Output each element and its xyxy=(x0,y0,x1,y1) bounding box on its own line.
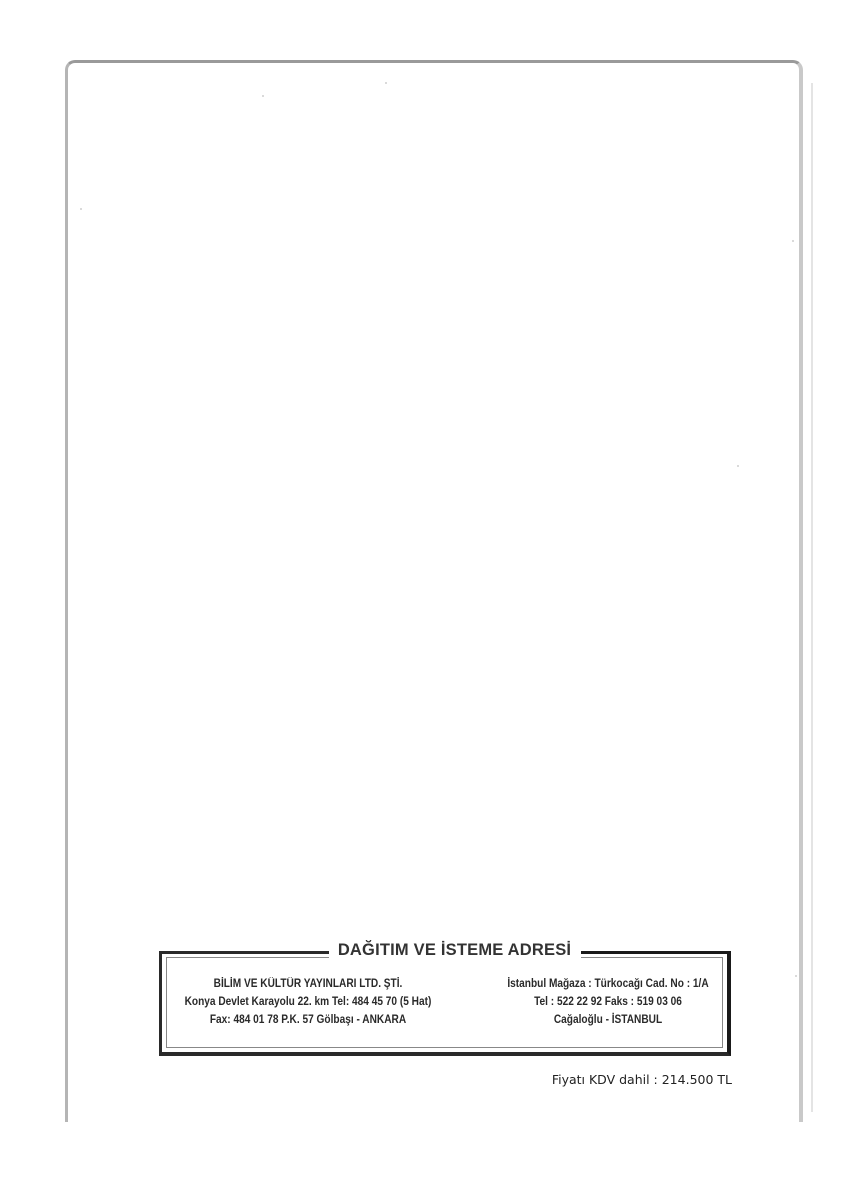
ankara-company: BİLİM VE KÜLTÜR YAYINLARI LTD. ŞTİ. xyxy=(167,975,449,993)
ankara-fax-location: Fax: 484 01 78 P.K. 57 Gölbaşı - ANKARA xyxy=(167,1011,449,1029)
scan-speck xyxy=(792,240,794,242)
title-rule-left xyxy=(159,951,329,954)
scan-speck xyxy=(385,82,387,84)
istanbul-store: İstanbul Mağaza : Türkocağı Cad. No : 1/… xyxy=(476,975,740,993)
title-rule-right xyxy=(581,951,731,954)
scan-speck xyxy=(737,465,739,467)
ankara-address-phone: Konya Devlet Karayolu 22. km Tel: 484 45… xyxy=(167,993,449,1011)
distribution-address-box: DAĞITIM VE İSTEME ADRESİ BİLİM VE KÜLTÜR… xyxy=(159,951,731,1056)
istanbul-location: Cağaloğlu - İSTANBUL xyxy=(476,1011,740,1029)
scan-speck xyxy=(795,975,797,977)
scan-speck xyxy=(80,208,82,210)
istanbul-address: İstanbul Mağaza : Türkocağı Cad. No : 1/… xyxy=(476,975,740,1029)
price-label: Fiyatı KDV dahil : 214.500 TL xyxy=(540,1072,732,1087)
ankara-address: BİLİM VE KÜLTÜR YAYINLARI LTD. ŞTİ. Kony… xyxy=(167,975,449,1029)
istanbul-phone-fax: Tel : 522 22 92 Faks : 519 03 06 xyxy=(476,993,740,1011)
box-title: DAĞITIM VE İSTEME ADRESİ xyxy=(332,940,577,960)
scan-speck xyxy=(262,95,264,97)
